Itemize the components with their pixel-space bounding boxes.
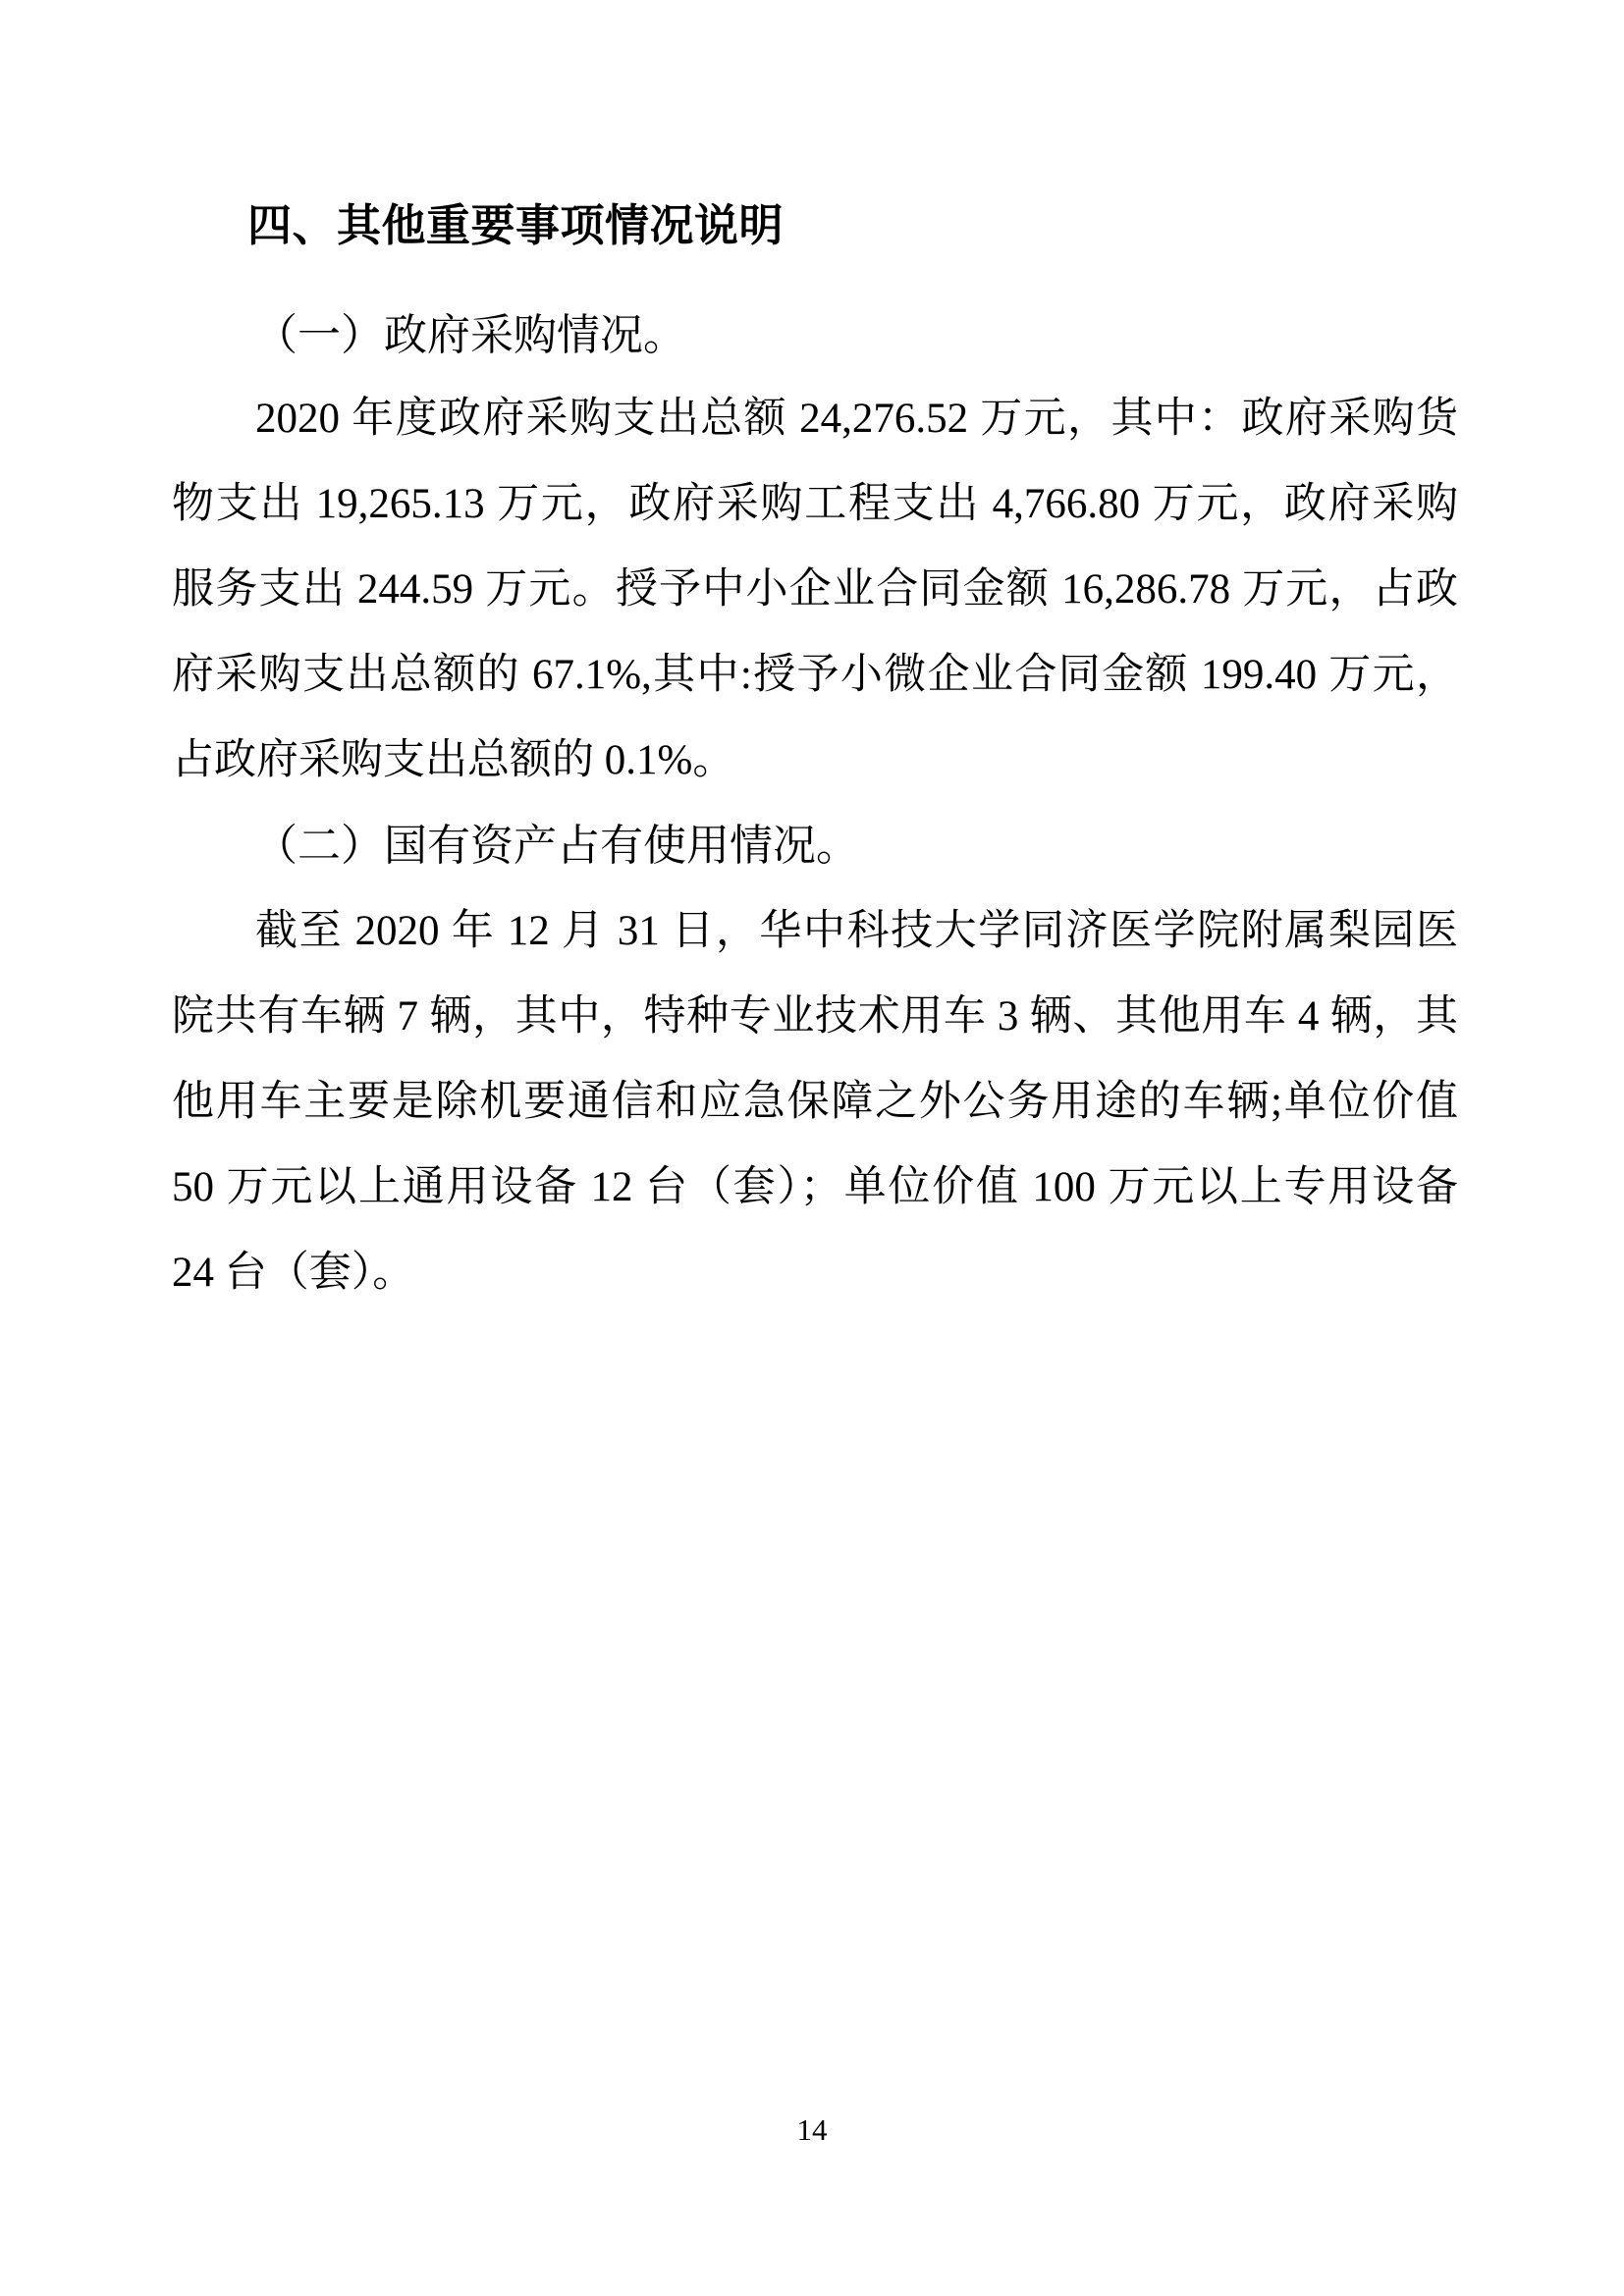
text-line: 院共有车辆 7 辆，其中，特种专业技术用车 3 辆、其他用车 4 辆，其 bbox=[172, 974, 1458, 1059]
text-line: 物支出 19,265.13 万元，政府采购工程支出 4,766.80 万元，政府… bbox=[172, 461, 1458, 547]
subsection-heading-government-procurement: （一）政府采购情况。 bbox=[172, 293, 1458, 378]
text-line: 截至 2020 年 12 月 31 日，华中科技大学同济医学院附属梨园医 bbox=[172, 888, 1458, 974]
text-line: 府采购支出总额的 67.1%,其中:授予小微企业合同金额 199.40 万元， bbox=[172, 632, 1458, 718]
subsection-heading-state-assets: （二）国有资产占有使用情况。 bbox=[172, 803, 1458, 888]
text-line: 服务支出 244.59 万元。授予中小企业合同金额 16,286.78 万元，占… bbox=[172, 547, 1458, 632]
text-line: 50 万元以上通用设备 12 台（套）；单位价值 100 万元以上专用设备 bbox=[172, 1145, 1458, 1230]
text-line: 2020 年度政府采购支出总额 24,276.52 万元，其中：政府采购货 bbox=[172, 376, 1458, 461]
text-line: 他用车主要是除机要通信和应急保障之外公务用途的车辆;单位价值 bbox=[172, 1059, 1458, 1145]
document-page: 四、其他重要事项情况说明 （一）政府采购情况。 2020 年度政府采购支出总额 … bbox=[0, 0, 1624, 2296]
text-line: 24 台（套）。 bbox=[172, 1230, 1458, 1315]
text-line: 占政府采购支出总额的 0.1%。 bbox=[172, 718, 1458, 803]
section-heading: 四、其他重要事项情况说明 bbox=[172, 196, 1458, 255]
page-number: 14 bbox=[0, 2110, 1624, 2150]
paragraph-government-procurement: 2020 年度政府采购支出总额 24,276.52 万元，其中：政府采购货物支出… bbox=[172, 376, 1458, 803]
paragraph-state-assets: 截至 2020 年 12 月 31 日，华中科技大学同济医学院附属梨园医院共有车… bbox=[172, 888, 1458, 1315]
